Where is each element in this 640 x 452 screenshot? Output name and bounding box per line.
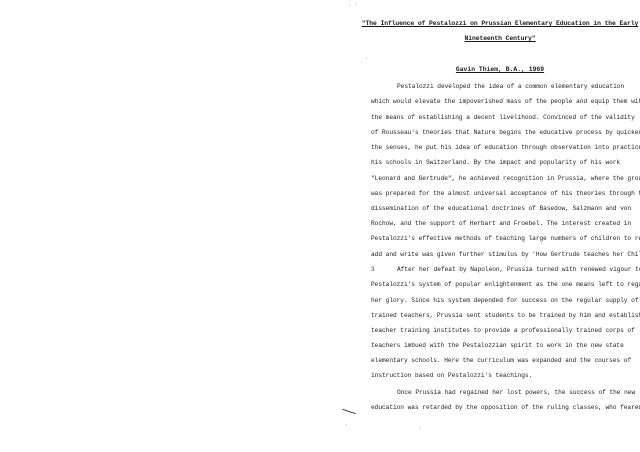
scan-speck — [349, 5, 350, 6]
scan-speck — [346, 424, 347, 425]
text-line: Once Prussia had regained her lost power… — [397, 389, 635, 396]
text-line: elementary schools. Here the curriculum … — [371, 357, 631, 364]
text-line: After her defeat by Napoleon, Prussia tu… — [397, 266, 640, 273]
text-line: Rochow, and the support of Herbart and F… — [371, 220, 631, 227]
text-line: "Leonard and Gertrude", he achieved reco… — [371, 175, 640, 182]
document-page: "The Influence of Pestalozzi on Prussian… — [0, 0, 640, 452]
scan-mark — [342, 409, 356, 414]
scan-speck — [555, 407, 556, 408]
document-title-line-1: "The Influence of Pestalozzi on Prussian… — [360, 20, 640, 27]
text-line: Pestalozzi developed the idea of a commo… — [397, 83, 624, 90]
scan-speck — [356, 4, 357, 5]
text-line: education was retarded by the opposition… — [371, 404, 640, 411]
text-line: was prepared for the almost universal ac… — [371, 190, 640, 197]
text-line: Pestalozzi's system of popular enlighten… — [371, 281, 640, 288]
text-line: teachers imbued with the Pestalozzian sp… — [371, 342, 624, 349]
document-title-line-2: Nineteenth Century" — [360, 35, 640, 42]
text-line: trained teachers, Prussia sent students … — [371, 312, 640, 319]
scan-speck — [420, 427, 421, 428]
author-line: Gavin Thiem, B.A., 1969 — [420, 66, 580, 73]
margin-mark: 3 — [371, 266, 375, 273]
scan-speck — [366, 58, 367, 59]
text-line: teacher training institutes to provide a… — [371, 327, 635, 334]
text-line: of Rousseau's theories that Nature begin… — [371, 129, 640, 136]
text-line: his schools in Switzerland. By the impac… — [371, 159, 620, 166]
text-line: dissemination of the educational doctrin… — [371, 205, 631, 212]
text-line: instruction based on Pestalozzi's teachi… — [371, 372, 532, 379]
text-line: which would elevate the impoverished mas… — [371, 98, 640, 105]
text-line: her glory. Since his system depended for… — [371, 297, 638, 304]
text-line: the means of establishing a decent livel… — [371, 114, 635, 121]
text-line: add and write was given further stimulus… — [371, 251, 640, 258]
text-line: Pestalozzi's effective methods of teachi… — [371, 235, 640, 242]
text-line: the senses, he put his idea of education… — [371, 144, 640, 151]
